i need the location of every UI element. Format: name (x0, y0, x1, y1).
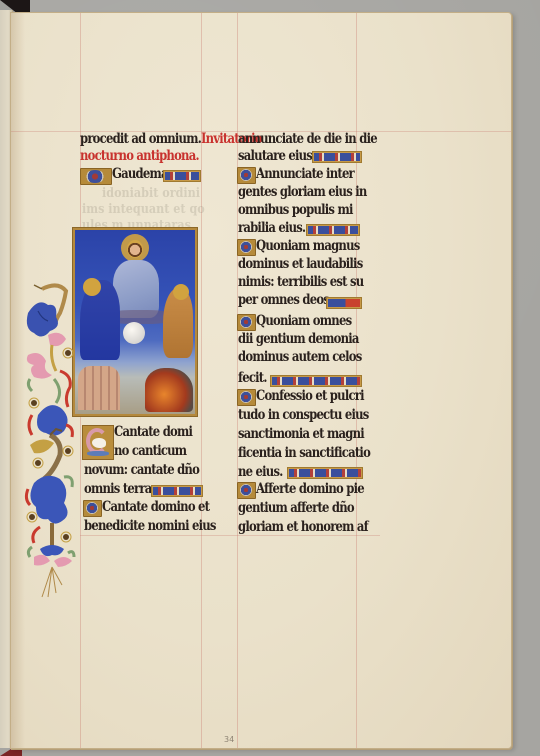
text-line: Cantate domino et (102, 499, 209, 515)
text-line: Afferte domino pie (256, 481, 364, 497)
souls-rising (78, 366, 120, 410)
miniature-last-judgment (73, 228, 197, 416)
text-line: omnis terra. (84, 481, 155, 497)
text-line: Cantate domi (114, 424, 192, 440)
text-line: nimis: terribilis est su (238, 274, 363, 290)
line-filler (306, 224, 360, 236)
line-filler (287, 467, 363, 479)
text-line: rabilia eius. (238, 220, 305, 236)
illuminated-initial-q (237, 239, 256, 256)
illuminated-initial-c-swan (82, 425, 114, 460)
text-line: ficentia in sanctificatio (238, 445, 370, 461)
line-filler (312, 151, 362, 163)
illuminated-initial-g (80, 168, 112, 185)
text-line: omnibus populis mi (238, 202, 353, 218)
illuminated-initial-a (237, 482, 256, 499)
text-line: annunciate de die in die (238, 131, 377, 147)
line-filler (270, 375, 362, 387)
text-line: Annunciate inter (256, 166, 354, 182)
text-line: dominus et laudabilis (238, 256, 362, 272)
text-line: dominus autem celos (238, 349, 362, 365)
text-line: Quoniam omnes (256, 313, 351, 329)
illuminated-initial-q (237, 314, 256, 331)
folio-number: 34 (224, 735, 234, 744)
illuminated-initial-c (83, 500, 102, 517)
text-line: procedit ad omnium.Invitatorio (80, 131, 262, 147)
ruling-line (201, 13, 202, 748)
rubric-line: nocturno antiphona. (80, 148, 199, 164)
line-filler (151, 485, 203, 497)
show-through-text: idoniabit ordini (102, 186, 200, 201)
text-line: Quoniam magnus (256, 238, 360, 254)
text-line: dii gentium demonia (238, 331, 359, 347)
globe (123, 322, 145, 344)
text-line: tudo in conspectu eius (238, 407, 369, 423)
text-line: Confessio et pulcri (256, 388, 364, 404)
text-line: novum: cantate dño (84, 462, 199, 478)
hell-mouth (145, 368, 193, 412)
illuminated-initial-a (237, 167, 256, 184)
show-through-text: ims intequant et qo (82, 202, 205, 217)
text-line: salutare eius. (238, 148, 315, 164)
text-line: fecit. (238, 370, 267, 386)
text-line: gentes gloriam eius in (238, 184, 367, 200)
ruling-line (80, 535, 380, 536)
text-line: gentium afferte dño (238, 500, 354, 516)
text-line: ne eius. (238, 464, 283, 480)
line-filler (326, 297, 362, 309)
illuminated-initial-c (237, 389, 256, 406)
text-line: per omnes deos. (238, 292, 332, 308)
line-filler (163, 170, 201, 182)
text-line: benedicite nomini eius (84, 518, 216, 534)
text-line: gloriam et honorem af (238, 519, 368, 535)
text-black: procedit ad omnium. (80, 131, 201, 147)
marginal-acanthus-decoration (20, 275, 84, 600)
text-line: sanctimonia et magni (238, 426, 364, 442)
text-line: no canticum (114, 443, 186, 459)
